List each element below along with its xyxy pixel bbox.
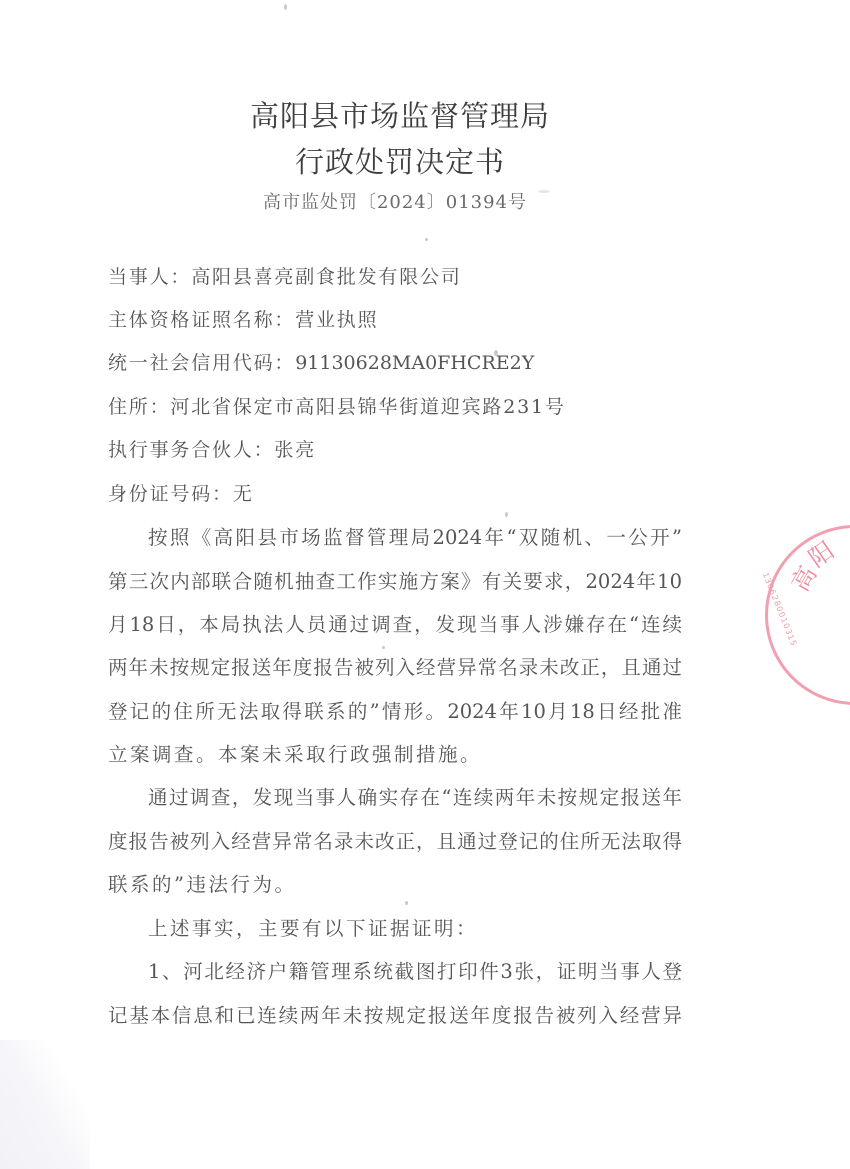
paragraph4-line: 记基本信息和已连续两年未按规定报送年度报告被列入经营异 [108,1000,682,1028]
scan-speck [505,512,508,517]
credit-code-value: 91130628MA0FHCRE2Y [295,352,534,374]
scan-speck [382,646,385,649]
paragraph3-line: 上述事实，主要有以下证据证明： [148,913,682,941]
party-name-field: 当事人：高阳县喜亮副食批发有限公司 [108,262,462,289]
document-page: 高阳县市场监督管理局 行政处罚决定书 高市监处罚〔2024〕01394号 当事人… [0,0,850,1169]
license-value: 营业执照 [295,309,378,331]
paragraph1-line: 两年未按规定报送年度报告被列入经营异常名录未改正，且通过 [108,652,682,680]
credit-code-field: 统一社会信用代码：91130628MA0FHCRE2Y [108,348,534,375]
partner-label: 执行事务合伙人： [108,439,274,461]
paragraph4-line: 1、河北经济户籍管理系统截图打印件3张，证明当事人登 [148,956,682,984]
paragraph1-line: 立案调查。本案未采取行政强制措施。 [108,739,682,767]
license-label: 主体资格证照名称： [108,309,295,331]
scan-speck [284,4,287,10]
scan-speck [178,450,180,452]
paragraph2-line: 联系的”违法行为。 [108,869,682,897]
scan-speck [405,901,408,905]
id-number-value: 无 [233,483,254,505]
document-type-title: 行政处罚决定书 [0,140,800,181]
paragraph2-line: 度报告被列入经营异常名录未改正，且通过登记的住所无法取得 [108,826,682,854]
license-field: 主体资格证照名称：营业执照 [108,305,378,332]
credit-code-label: 统一社会信用代码： [108,352,295,374]
paragraph1-line: 登记的住所无法取得联系的”情形。2024年10月18日经批准 [108,696,682,724]
document-number: 高市监处罚〔2024〕01394号 [0,188,790,214]
scan-speck [380,402,384,405]
address-value: 河北省保定市高阳县锦华街道迎宾路231号 [170,396,565,418]
paragraph2-line: 通过调查，发现当事人确实存在“连续两年未按规定报送年 [148,782,682,810]
scan-speck [425,238,428,241]
id-number-label: 身份证号码： [108,483,233,505]
paragraph1-line: 按照《高阳县市场监督管理局2024年“双随机、一公开” [148,522,682,550]
party-name-label: 当事人： [108,266,191,288]
partner-field: 执行事务合伙人：张亮 [108,435,316,462]
paragraph1-line: 月18日，本局执法人员通过调查，发现当事人涉嫌存在“连续 [108,609,682,637]
scan-speck [494,350,498,356]
paragraph1-line: 第三次内部联合随机抽查工作实施方案》有关要求，2024年10 [108,566,682,594]
address-label: 住所： [108,396,170,418]
party-name-value: 高阳县喜亮副食批发有限公司 [191,266,461,288]
agency-title: 高阳县市场监督管理局 [0,94,800,135]
partner-value: 张亮 [274,439,316,461]
scan-shadow [0,1040,90,1169]
scan-speck [538,190,550,193]
address-field: 住所：河北省保定市高阳县锦华街道迎宾路231号 [108,392,566,419]
id-number-field: 身份证号码：无 [108,479,254,506]
